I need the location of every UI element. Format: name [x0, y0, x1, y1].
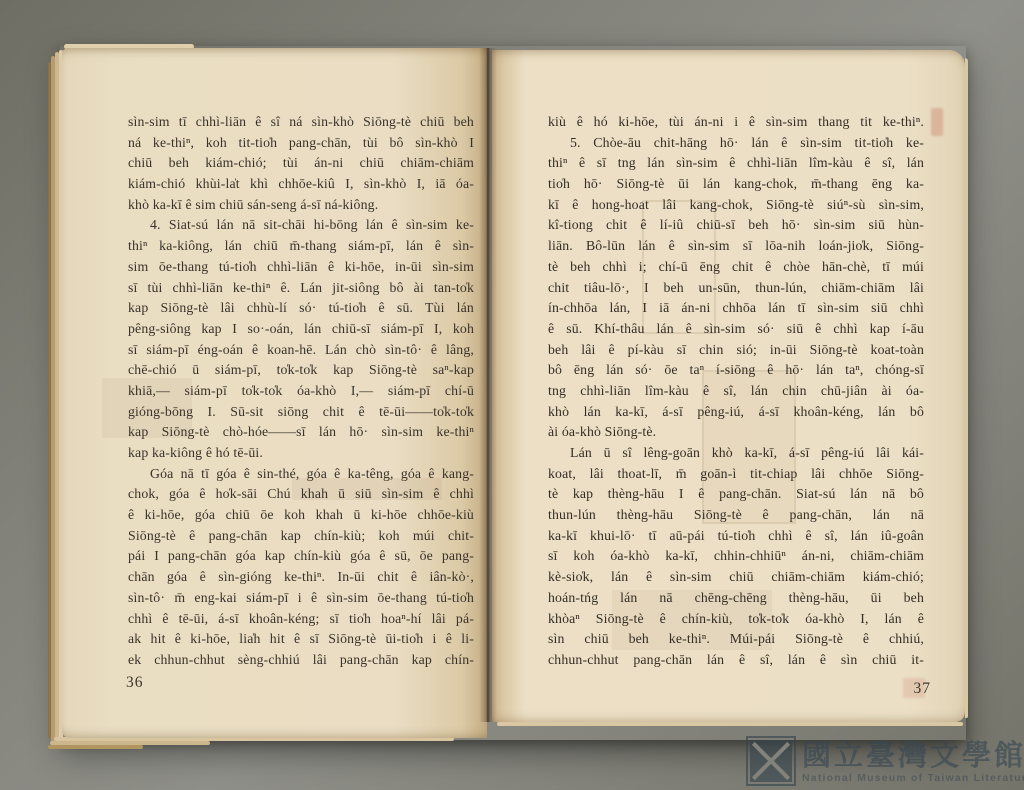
text-line: Góa nā tī góa ê sin-thé, góa ê ka-têng, …: [128, 464, 474, 485]
text-line: thiⁿ ka-kiông, lán chiū m̄-thang siám-pī…: [128, 236, 474, 257]
page-number-left: 36: [126, 674, 144, 692]
text-line: chok, góa ê ho̍k-sāi Chú khah ū siū sìn-…: [128, 484, 474, 505]
body-text-right: kiù ê hó ki-hōe, tùi án-ni i ê sìn-sim t…: [548, 112, 924, 671]
text-line: pêng-siông kap I so·-oán, lán chiū-sī si…: [128, 319, 474, 340]
text-line: thun-lún thèng-hāu Siōng-tè ê pang-chān,…: [548, 505, 924, 526]
text-line: chān góa ê sìn-gióng ke-thiⁿ. In-ūi chit…: [128, 567, 474, 588]
book-page-right: kiù ê hó ki-hōe, tùi án-ni i ê sìn-sim t…: [492, 50, 965, 722]
watermark-cjk-title: 國立臺灣文學館: [802, 740, 1024, 770]
text-line: ak hit ê ki-hōe, lia̍h hit ê sī Siōng-tè…: [128, 629, 474, 650]
text-line: tè kap thèng-hāu I ê pang-chān. Siat-sú …: [548, 484, 924, 505]
text-line: kap Siōng-tè lâi chhù-lí só· tú-tio̍h ê …: [128, 298, 474, 319]
text-line: ê sū. Khí-thâu lán ê sìn-sim só· siū ê c…: [548, 319, 924, 340]
page-stack-edge: [965, 58, 968, 718]
text-line: sìn chiū beh ke-thiⁿ. Múi-pái Siōng-tè ê…: [548, 629, 924, 650]
text-line: sī siám-pī éng-oán ê koan-hē. Lán chò sì…: [128, 340, 474, 361]
watermark: 國立臺灣文學館 National Museum of Taiwan Litera…: [750, 740, 1024, 784]
page-stack-edge: [497, 722, 963, 726]
text-line: khò ka-kī ê sim chiū sán-seng á-sī ná-ki…: [128, 195, 474, 216]
watermark-latin-title: National Museum of Taiwan Literature: [802, 772, 1024, 784]
body-text-left: sìn-sim tī chhì-liān ê sî ná sìn-khò Siō…: [128, 112, 474, 671]
text-line: beh lâi ê pí-kàu sī chin sió; in-ūi Siōn…: [548, 340, 924, 361]
text-line: kap Siōng-tè chò-hóe——sī lán hō· sìn-sim…: [128, 422, 474, 443]
text-line: ek chhun-chhut sèng-chhiú lâi pang-chān …: [128, 650, 474, 671]
text-line: ná ke-thiⁿ, koh tit-tio̍h pang-chān, tùi…: [128, 133, 474, 154]
text-line: gióng-bōng I. Sū-sit siōng chit ê tē-ūi—…: [128, 402, 474, 423]
text-line: sī tùi chhì-liān ke-thiⁿ ê. Lán jit-siôn…: [128, 278, 474, 299]
text-line: kī ê hong-hoat lâi kang-chok, Siōng-tè s…: [548, 195, 924, 216]
museum-logo-icon: [750, 740, 792, 782]
text-line: chē-chió ū siám-pī, to̍k-to̍k kap Siōng-…: [128, 360, 474, 381]
text-line: kiù ê hó ki-hōe, tùi án-ni i ê sìn-sim t…: [548, 112, 924, 133]
text-line: 4. Siat-sú lán nā sit-chāi hi-bōng lán ê…: [128, 215, 474, 236]
page-stack-edge: [48, 745, 143, 749]
text-line: Siōng-tè ê pang-chān kap chín-kiù; koh m…: [128, 526, 474, 547]
text-line: tio̍h hō· Siōng-tè ūi lán kang-chok, m̄-…: [548, 174, 924, 195]
text-line: khò lán ka-kī, á-sī pêng-iú, á-sī khoân-…: [548, 402, 924, 423]
text-line: chhì ê tē-ūi, á-sī khoân-kéng; sī tio̍h …: [128, 609, 474, 630]
text-line: khiā,— siám-pī to̍k-to̍k óa-khò I,— siám…: [128, 381, 474, 402]
text-line: sim ōe-thang tú-tio̍h chhì-liān ê ki-hōe…: [128, 257, 474, 278]
text-line: hoán-tńg lán nā chēng-chēng thèng-hāu, ū…: [548, 588, 924, 609]
text-line: chhun-chhut pang-chān lán ê sî, lán ê sì…: [548, 650, 924, 671]
text-line: sī koh óa-khò ka-kī, chhin-chhiūⁿ án-ni,…: [548, 546, 924, 567]
text-line: chiū beh kiám-chió; tùi án-ni chiū chiām…: [128, 153, 474, 174]
text-line: ka-kī khui-lō· tī aū-pái tú-tio̍h chhì ê…: [548, 526, 924, 547]
text-line: thiⁿ ê sī tng lán sìn-sim ê chhì-liān lî…: [548, 153, 924, 174]
text-line: 5. Chòe-āu chit-hāng hō· lán ê sìn-sim t…: [548, 133, 924, 154]
photo-of-open-book: sìn-sim tī chhì-liān ê sî ná sìn-khò Siō…: [0, 0, 1024, 790]
text-line: ín-chhōa lán, I iā án-ni chhōa lán tī sì…: [548, 298, 924, 319]
text-line: koat, lâi thoat-lī, m̄ goān-ì tit-chiap …: [548, 464, 924, 485]
book-page-left: sìn-sim tī chhì-liān ê sî ná sìn-khò Siō…: [62, 48, 487, 738]
text-line: sìn-sim tī chhì-liān ê sî ná sìn-khò Siō…: [128, 112, 474, 133]
text-line: khòaⁿ Siōng-tè ê chín-kiù, to̍k-to̍k óa-…: [548, 609, 924, 630]
text-line: chit tiâu-lō·, I beh un-sūn, thun-lún, c…: [548, 278, 924, 299]
text-line: sìn-tô· m̄ eng-kai siám-pī i ê sìn-sim ō…: [128, 588, 474, 609]
red-stamp-mark: [931, 108, 943, 136]
page-number-right: 37: [914, 680, 932, 698]
text-line: ê ki-hōe, góa chiū ōe koh khah ū ki-hōe …: [128, 505, 474, 526]
text-line: kè-sio̍k, lán ê sìn-sim chiū chiām-chiām…: [548, 567, 924, 588]
text-line: pái I pang-chān góa kap chín-kiù góa ê s…: [128, 546, 474, 567]
book-gutter-shadow: [479, 48, 497, 722]
text-line: tng chhì-liān lîm-kàu ê sî, lán chin chū…: [548, 381, 924, 402]
text-line: kap ka-kiông ê hó tē-ūi.: [128, 443, 474, 464]
text-line: Lán ū sî lêng-goān khò ka-kī, á-sī pêng-…: [548, 443, 924, 464]
text-line: ài óa-khò Siōng-tè.: [548, 422, 924, 443]
text-line: kiám-chió khùi-la̍t khì chhōe-kiû I, sìn…: [128, 174, 474, 195]
text-line: liān. Bô-lūn lán ê sìn-sim sī lōa-nih lo…: [548, 236, 924, 257]
text-line: tè beh chhì i; chí-ū ēng chit ê chòe hān…: [548, 257, 924, 278]
text-line: kî-tiong chit ê lí-iû chiū-sī beh hō· sì…: [548, 215, 924, 236]
text-line: bô ēng lán só· ōe taⁿ í-siōng ê hō· lán …: [548, 360, 924, 381]
